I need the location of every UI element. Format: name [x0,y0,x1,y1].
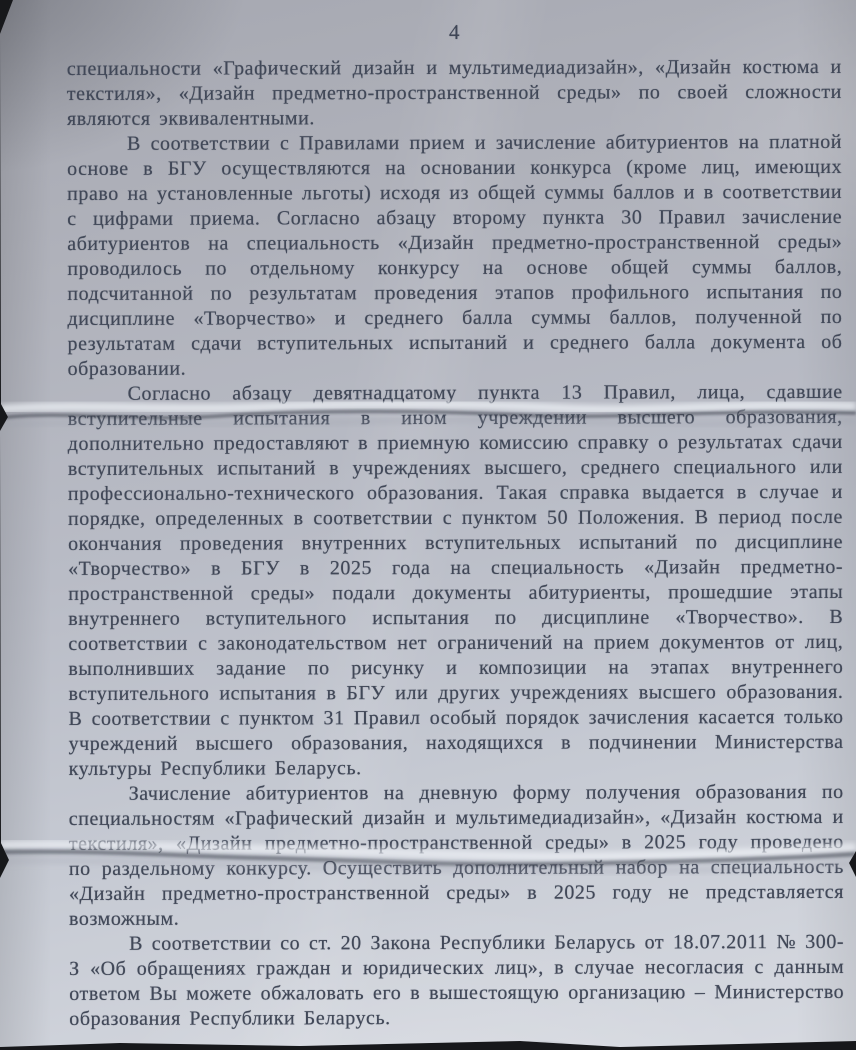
photo-background: { "page": { "number": "4", "paragraphs":… [0,0,856,1050]
photo-frame: 4 специальности «Графический дизайн и му… [0,0,856,1050]
paragraph: Согласно абзацу девятнадцатому пункта 13… [68,380,844,782]
document-page: 4 специальности «Графический дизайн и му… [0,0,856,1050]
page-content: 4 специальности «Графический дизайн и му… [0,0,856,1050]
paragraph: специальности «Графический дизайн и муль… [67,55,842,132]
paragraph: В соответствии с Правилами прием и зачис… [67,130,843,382]
paragraph: В соответствии со ст. 20 Закона Республи… [69,930,844,1032]
paragraph: Зачисление абитуриентов на дневную форму… [69,780,844,932]
document-body: специальности «Графический дизайн и муль… [67,55,845,1032]
page-number: 4 [67,19,842,46]
